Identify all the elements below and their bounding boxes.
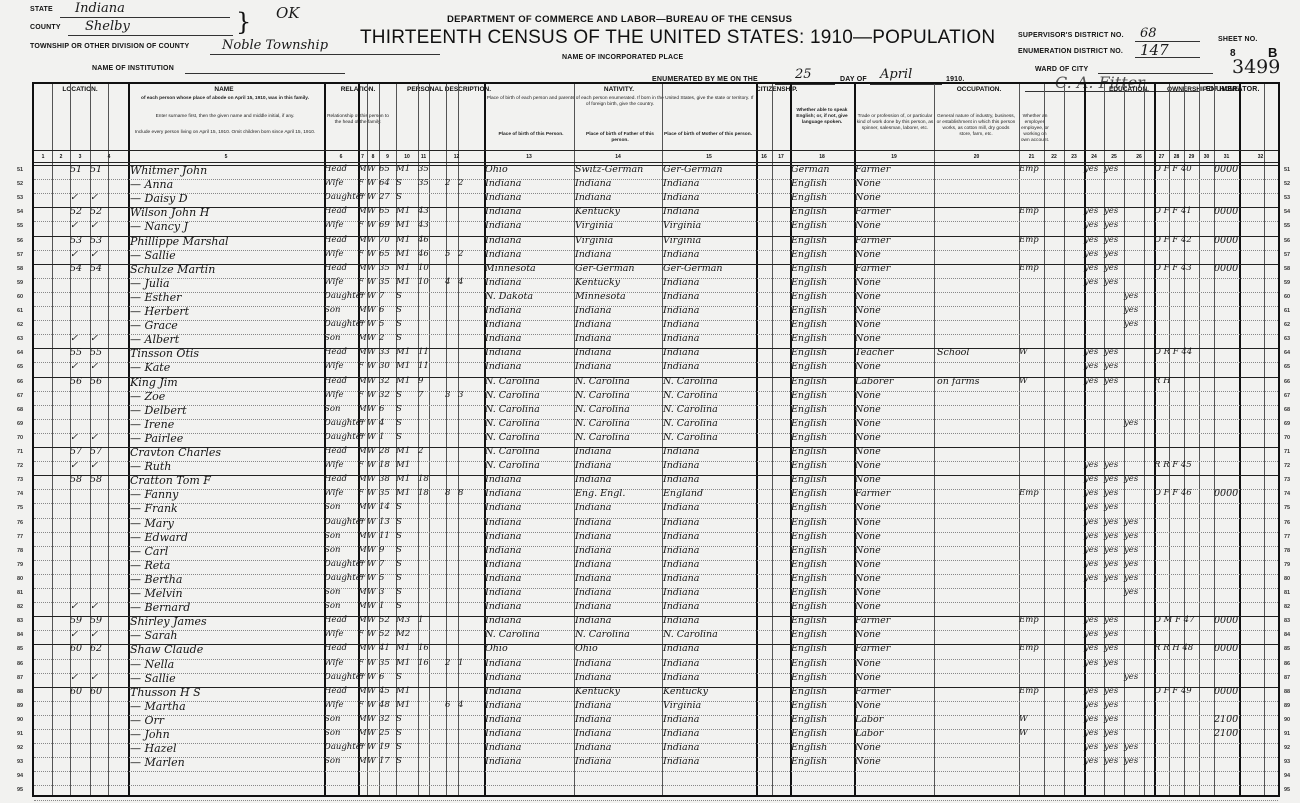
cell-race: W [367, 361, 376, 371]
cell-ms: M1 [396, 361, 410, 371]
cell-rel: Head [324, 615, 347, 625]
line-number: 92 [1284, 745, 1290, 751]
cell-age: 7 [379, 559, 384, 569]
cell-sex: M [358, 545, 367, 555]
cell-read: yes [1084, 263, 1098, 273]
cell-trade: Farmer [855, 164, 890, 175]
line-number: 58 [1284, 266, 1290, 272]
cell-born: 6 [445, 700, 450, 710]
cell-ms: M1 [396, 220, 410, 230]
sheet-label: Sheet No. [1218, 36, 1258, 43]
cell-own: R R F 45 [1154, 460, 1192, 470]
row-rule [34, 602, 1278, 603]
cell-race: W [367, 235, 376, 245]
row-rule [34, 179, 1278, 180]
line-number: 79 [1284, 562, 1290, 568]
cell-sex: F [358, 277, 364, 287]
cell-emp: W [1019, 714, 1028, 724]
group-location: Location. [34, 86, 126, 93]
cell-own: O F F 42 [1154, 235, 1192, 245]
cell-lang: English [791, 361, 827, 372]
cell-name: — Orr [130, 714, 164, 727]
cell-ms: S [396, 672, 402, 682]
line-number: 57 [17, 252, 23, 258]
cell-lang: English [791, 390, 827, 401]
cell-age: 4 [379, 418, 384, 428]
cell-bm: Indiana [663, 756, 699, 767]
cell-yrs: 2 [418, 446, 423, 456]
ward-label: Ward of city [1035, 66, 1088, 73]
cell-fam: 62 [90, 643, 102, 654]
cell-read: yes [1084, 700, 1098, 710]
column-number: 4 [90, 154, 128, 160]
cell-ms: M1 [396, 460, 410, 470]
cell-race: W [367, 573, 376, 583]
header-rule [34, 162, 1278, 163]
cell-ms: S [396, 418, 402, 428]
cell-age: 38 [379, 474, 390, 484]
cell-lang: English [791, 263, 827, 274]
cell-farm: 0000 [1214, 164, 1238, 175]
cell-dw: 60 [70, 643, 82, 654]
cell-name: — Melvin [130, 587, 183, 600]
cell-bp: N. Carolina [485, 432, 540, 443]
cell-sex: M [358, 446, 367, 456]
cell-trade: Farmer [855, 488, 890, 499]
cell-sex: M [358, 714, 367, 724]
cell-dw: ✓ [70, 460, 78, 471]
cell-bm: Virginia [663, 220, 701, 231]
cell-lang: English [791, 404, 827, 415]
cell-lang: English [791, 277, 827, 288]
cell-trade: Laborer [855, 376, 893, 387]
cell-dw: ✓ [70, 629, 78, 640]
cell-sex: F [358, 573, 364, 583]
cell-lang: English [791, 432, 827, 443]
line-number: 53 [17, 195, 23, 201]
cell-rel: Wife [324, 178, 343, 188]
cell-race: W [367, 686, 376, 696]
column-divider [1044, 84, 1045, 795]
cell-bf: Indiana [575, 700, 611, 711]
cell-bf: Indiana [575, 559, 611, 570]
line-number: 74 [1284, 491, 1290, 497]
column-number: 14 [574, 154, 662, 160]
line-number: 58 [17, 266, 23, 272]
cell-name: — Sallie [130, 672, 176, 685]
cell-trade: None [855, 700, 881, 711]
cell-lang: English [791, 235, 827, 246]
cell-liv: 1 [458, 658, 463, 668]
cell-bf: Indiana [575, 756, 611, 767]
cell-name: King Jim [130, 376, 178, 389]
cell-school: yes [1124, 474, 1138, 484]
cell-fam: 52 [90, 206, 102, 217]
row-rule [34, 673, 1278, 674]
line-number: 89 [17, 703, 23, 709]
column-number: 21 [1019, 154, 1044, 160]
cell-ms: M1 [396, 686, 410, 696]
cell-yrs: 16 [418, 643, 429, 653]
column-divider [1124, 84, 1125, 795]
cell-read: yes [1084, 658, 1098, 668]
trade-header: Trade or profession of, or particular ki… [856, 114, 934, 132]
cell-yrs: 43 [418, 220, 429, 230]
cell-bm: Indiana [663, 517, 699, 528]
cell-write: yes [1104, 756, 1118, 766]
cell-trade: Labor [855, 714, 883, 725]
line-number: 88 [1284, 689, 1290, 695]
cell-write: yes [1104, 517, 1118, 527]
cell-bf: Switz-German [575, 164, 643, 175]
cell-name: — Martha [130, 700, 186, 713]
cell-trade: None [855, 291, 881, 302]
cell-bm: Indiana [663, 658, 699, 669]
cell-race: W [367, 291, 376, 301]
cell-rel: Head [324, 376, 347, 386]
cell-write: yes [1104, 249, 1118, 259]
cell-trade: Farmer [855, 206, 890, 217]
cell-bm: Indiana [663, 305, 699, 316]
cell-trade: None [855, 305, 881, 316]
cell-write: yes [1104, 700, 1118, 710]
cell-bm: Indiana [663, 192, 699, 203]
cell-age: 48 [379, 700, 390, 710]
cell-bm: Indiana [663, 615, 699, 626]
cell-name: — Sallie [130, 249, 176, 262]
cell-age: 35 [379, 488, 390, 498]
cell-race: W [367, 531, 376, 541]
cell-rel: Wife [324, 361, 343, 371]
cell-age: 9 [379, 545, 384, 555]
cell-own: O M F 47 [1154, 615, 1195, 625]
cell-lang: English [791, 474, 827, 485]
line-number: 82 [17, 604, 23, 610]
cell-bm: Indiana [663, 545, 699, 556]
cell-farm: 0000 [1214, 686, 1238, 697]
line-number: 53 [1284, 195, 1290, 201]
cell-rel: Son [324, 545, 340, 555]
row-rule [34, 391, 1278, 392]
cell-lang: English [791, 756, 827, 767]
ward-value: 3499 [1232, 56, 1280, 78]
cell-yrs: 35 [418, 178, 429, 188]
cell-age: 17 [379, 756, 390, 766]
cell-rel: Head [324, 686, 347, 696]
line-number: 66 [1284, 379, 1290, 385]
cell-bm: Ger-German [663, 263, 723, 274]
margin-note: OK [276, 4, 300, 22]
cell-trade: None [855, 277, 881, 288]
line-number: 83 [1284, 618, 1290, 624]
cell-write: yes [1104, 615, 1118, 625]
cell-write: yes [1104, 686, 1118, 696]
cell-sex: F [358, 460, 364, 470]
cell-sex: M [358, 347, 367, 357]
cell-age: 33 [379, 347, 390, 357]
cell-own: O F F 49 [1154, 686, 1192, 696]
cell-read: yes [1084, 686, 1098, 696]
cell-name: — Irene [130, 418, 174, 431]
cell-school: yes [1124, 756, 1138, 766]
column-number: 16 [756, 154, 772, 160]
cell-ms: S [396, 404, 402, 414]
cell-sex: M [358, 263, 367, 273]
cell-bp: Indiana [485, 573, 521, 584]
cell-farm: 0000 [1214, 488, 1238, 499]
employer-header: Whether an employer, employee, or workin… [1019, 114, 1051, 144]
cell-read: yes [1084, 531, 1098, 541]
column-number: 13 [484, 154, 574, 160]
cell-race: W [367, 446, 376, 456]
cell-bm: Indiana [663, 559, 699, 570]
cell-bm: Indiana [663, 587, 699, 598]
cell-race: W [367, 164, 376, 174]
cell-trade: None [855, 446, 881, 457]
line-number: 77 [17, 534, 23, 540]
cell-bf: Indiana [575, 333, 611, 344]
line-number: 87 [1284, 675, 1290, 681]
cell-bf: Indiana [575, 502, 611, 513]
cell-bm: Indiana [663, 347, 699, 358]
line-number: 93 [17, 759, 23, 765]
cell-sex: M [358, 164, 367, 174]
cell-lang: English [791, 629, 827, 640]
cell-bf: Indiana [575, 249, 611, 260]
cell-name: Tinsson Otis [130, 347, 199, 360]
cell-bp: Indiana [485, 319, 521, 330]
column-divider [1144, 84, 1145, 795]
cell-name: — Hazel [130, 742, 176, 755]
cell-farm: 2100 [1214, 728, 1238, 739]
line-number: 61 [1284, 308, 1290, 314]
cell-yrs: 7 [418, 390, 423, 400]
cell-bf: Indiana [575, 545, 611, 556]
column-number: 10 [396, 154, 418, 160]
cell-age: 69 [379, 220, 390, 230]
cell-ms: S [396, 178, 402, 188]
cell-write: yes [1104, 658, 1118, 668]
cell-write: yes [1104, 573, 1118, 583]
cell-emp: Emp [1019, 488, 1039, 498]
cell-race: W [367, 192, 376, 202]
cell-name: Wilson John H [130, 206, 209, 219]
cell-ms: S [396, 517, 402, 527]
cell-age: 1 [379, 432, 384, 442]
column-divider [446, 84, 447, 795]
cell-read: yes [1084, 460, 1098, 470]
cell-sex: M [358, 601, 367, 611]
cell-farm: 0000 [1214, 263, 1238, 274]
cell-dw: 58 [70, 474, 82, 485]
cell-sex: F [358, 192, 364, 202]
cell-age: 11 [379, 531, 390, 541]
column-divider [418, 84, 419, 795]
cell-trade: None [855, 418, 881, 429]
cell-school: yes [1124, 545, 1138, 555]
line-number: 63 [1284, 336, 1290, 342]
cell-rel: Wife [324, 460, 343, 470]
cell-sex: M [358, 376, 367, 386]
cell-age: 25 [379, 728, 390, 738]
cell-bm: Indiana [663, 714, 699, 725]
cell-dw: 57 [70, 446, 82, 457]
cell-bf: N. Carolina [575, 390, 630, 401]
cell-fam: 60 [90, 686, 102, 697]
cell-name: — Sarah [130, 629, 178, 642]
cell-bm: Indiana [663, 531, 699, 542]
row-rule [34, 292, 1278, 293]
cell-bm: Indiana [663, 249, 699, 260]
cell-trade: Farmer [855, 263, 890, 274]
cell-bp: Indiana [485, 220, 521, 231]
group-nativity: Nativity. [484, 86, 754, 93]
line-number: 82 [1284, 604, 1290, 610]
cell-bp: N. Carolina [485, 390, 540, 401]
cell-read: yes [1084, 376, 1098, 386]
cell-age: 65 [379, 249, 390, 259]
cell-sex: M [358, 206, 367, 216]
cell-race: W [367, 756, 376, 766]
cell-read: yes [1084, 756, 1098, 766]
line-number: 94 [1284, 773, 1290, 779]
cell-school: yes [1124, 291, 1138, 301]
cell-trade: None [855, 629, 881, 640]
cell-bp: N. Carolina [485, 460, 540, 471]
cell-read: yes [1084, 206, 1098, 216]
cell-name: — Nancy J [130, 220, 188, 233]
cell-age: 32 [379, 376, 390, 386]
column-number: 19 [854, 154, 934, 160]
line-number: 70 [1284, 435, 1290, 441]
line-number: 93 [1284, 759, 1290, 765]
cell-age: 7 [379, 291, 384, 301]
cell-school: yes [1124, 319, 1138, 329]
cell-rel: Head [324, 643, 347, 653]
cell-dw: 59 [70, 615, 82, 626]
column-number: 17 [772, 154, 790, 160]
column-divider [1064, 84, 1065, 795]
cell-bm: Indiana [663, 206, 699, 217]
cell-fam: ✓ [90, 333, 98, 344]
cell-name: — Fanny [130, 488, 178, 501]
cell-write: yes [1104, 277, 1118, 287]
cell-rel: Son [324, 333, 340, 343]
cell-bm: Indiana [663, 361, 699, 372]
group-occupation: Occupation. [854, 86, 1104, 93]
cell-dw: 52 [70, 206, 82, 217]
cell-fam: 51 [90, 164, 102, 175]
cell-bm: N. Carolina [663, 404, 718, 415]
cell-rel: Son [324, 502, 340, 512]
cell-name: — Marlen [130, 756, 185, 769]
cell-fam: 53 [90, 235, 102, 246]
cell-trade: None [855, 249, 881, 260]
cell-bp: Indiana [485, 361, 521, 372]
county-underline [68, 35, 233, 36]
cell-age: 32 [379, 390, 390, 400]
line-number: 87 [17, 675, 23, 681]
cell-age: 2 [379, 333, 384, 343]
industry-header: General nature of industry, business, or… [936, 114, 1016, 138]
cell-read: yes [1084, 573, 1098, 583]
cell-bp: Indiana [485, 545, 521, 556]
cell-fam: ✓ [90, 220, 98, 231]
cell-lang: English [791, 672, 827, 683]
column-divider [458, 84, 459, 795]
cell-lang: English [791, 601, 827, 612]
cell-age: 65 [379, 206, 390, 216]
cell-ms: S [396, 502, 402, 512]
line-number: 60 [1284, 294, 1290, 300]
column-number: 15 [662, 154, 756, 160]
cell-rel: Wife [324, 390, 343, 400]
cell-sex: M [358, 643, 367, 653]
cell-age: 28 [379, 446, 390, 456]
cell-bf: Eng. Engl. [575, 488, 625, 499]
column-number: 29 [1184, 154, 1199, 160]
cell-write: yes [1104, 235, 1118, 245]
cell-bp: Indiana [485, 502, 521, 513]
cell-bp: Indiana [485, 178, 521, 189]
cell-trade: None [855, 587, 881, 598]
cell-trade: None [855, 601, 881, 612]
cell-bm: Indiana [663, 573, 699, 584]
birth-mother-header: Place of birth of Mother of this person. [664, 132, 752, 138]
cell-school: yes [1124, 742, 1138, 752]
cell-trade: Teacher [855, 347, 894, 358]
row-rule [34, 405, 1278, 406]
cell-bf: Indiana [575, 446, 611, 457]
line-number: 91 [17, 731, 23, 737]
cell-fam: ✓ [90, 192, 98, 203]
cell-trade: Farmer [855, 235, 890, 246]
cell-emp: Emp [1019, 686, 1039, 696]
cell-trade: None [855, 192, 881, 203]
cell-rel: Head [324, 235, 347, 245]
row-rule [34, 433, 1278, 434]
cell-sex: F [358, 432, 364, 442]
cell-fam: ✓ [90, 361, 98, 372]
cell-write: yes [1104, 643, 1118, 653]
cell-emp: Emp [1019, 263, 1039, 273]
cell-rel: Wife [324, 249, 343, 259]
cell-race: W [367, 742, 376, 752]
cell-sex: F [358, 517, 364, 527]
cell-bm: Indiana [663, 601, 699, 612]
cell-race: W [367, 587, 376, 597]
cell-bm: England [663, 488, 703, 499]
cell-sex: F [358, 700, 364, 710]
cell-born: 4 [445, 277, 450, 287]
cell-lang: English [791, 446, 827, 457]
cell-read: yes [1084, 235, 1098, 245]
column-divider [429, 84, 430, 795]
line-number: 72 [17, 463, 23, 469]
cell-bm: Kentucky [663, 686, 708, 697]
cell-yrs: 18 [418, 488, 429, 498]
cell-dw: 54 [70, 263, 82, 274]
cell-bf: Indiana [575, 347, 611, 358]
cell-ms: M2 [396, 629, 410, 639]
cell-bf: Indiana [575, 517, 611, 528]
cell-name: — Nella [130, 658, 174, 671]
line-number: 75 [17, 505, 23, 511]
cell-farm: 0000 [1214, 615, 1238, 626]
cell-read: yes [1084, 502, 1098, 512]
column-number: 32 [1239, 154, 1282, 160]
page-title: THIRTEENTH CENSUS OF THE UNITED STATES: … [360, 27, 995, 49]
